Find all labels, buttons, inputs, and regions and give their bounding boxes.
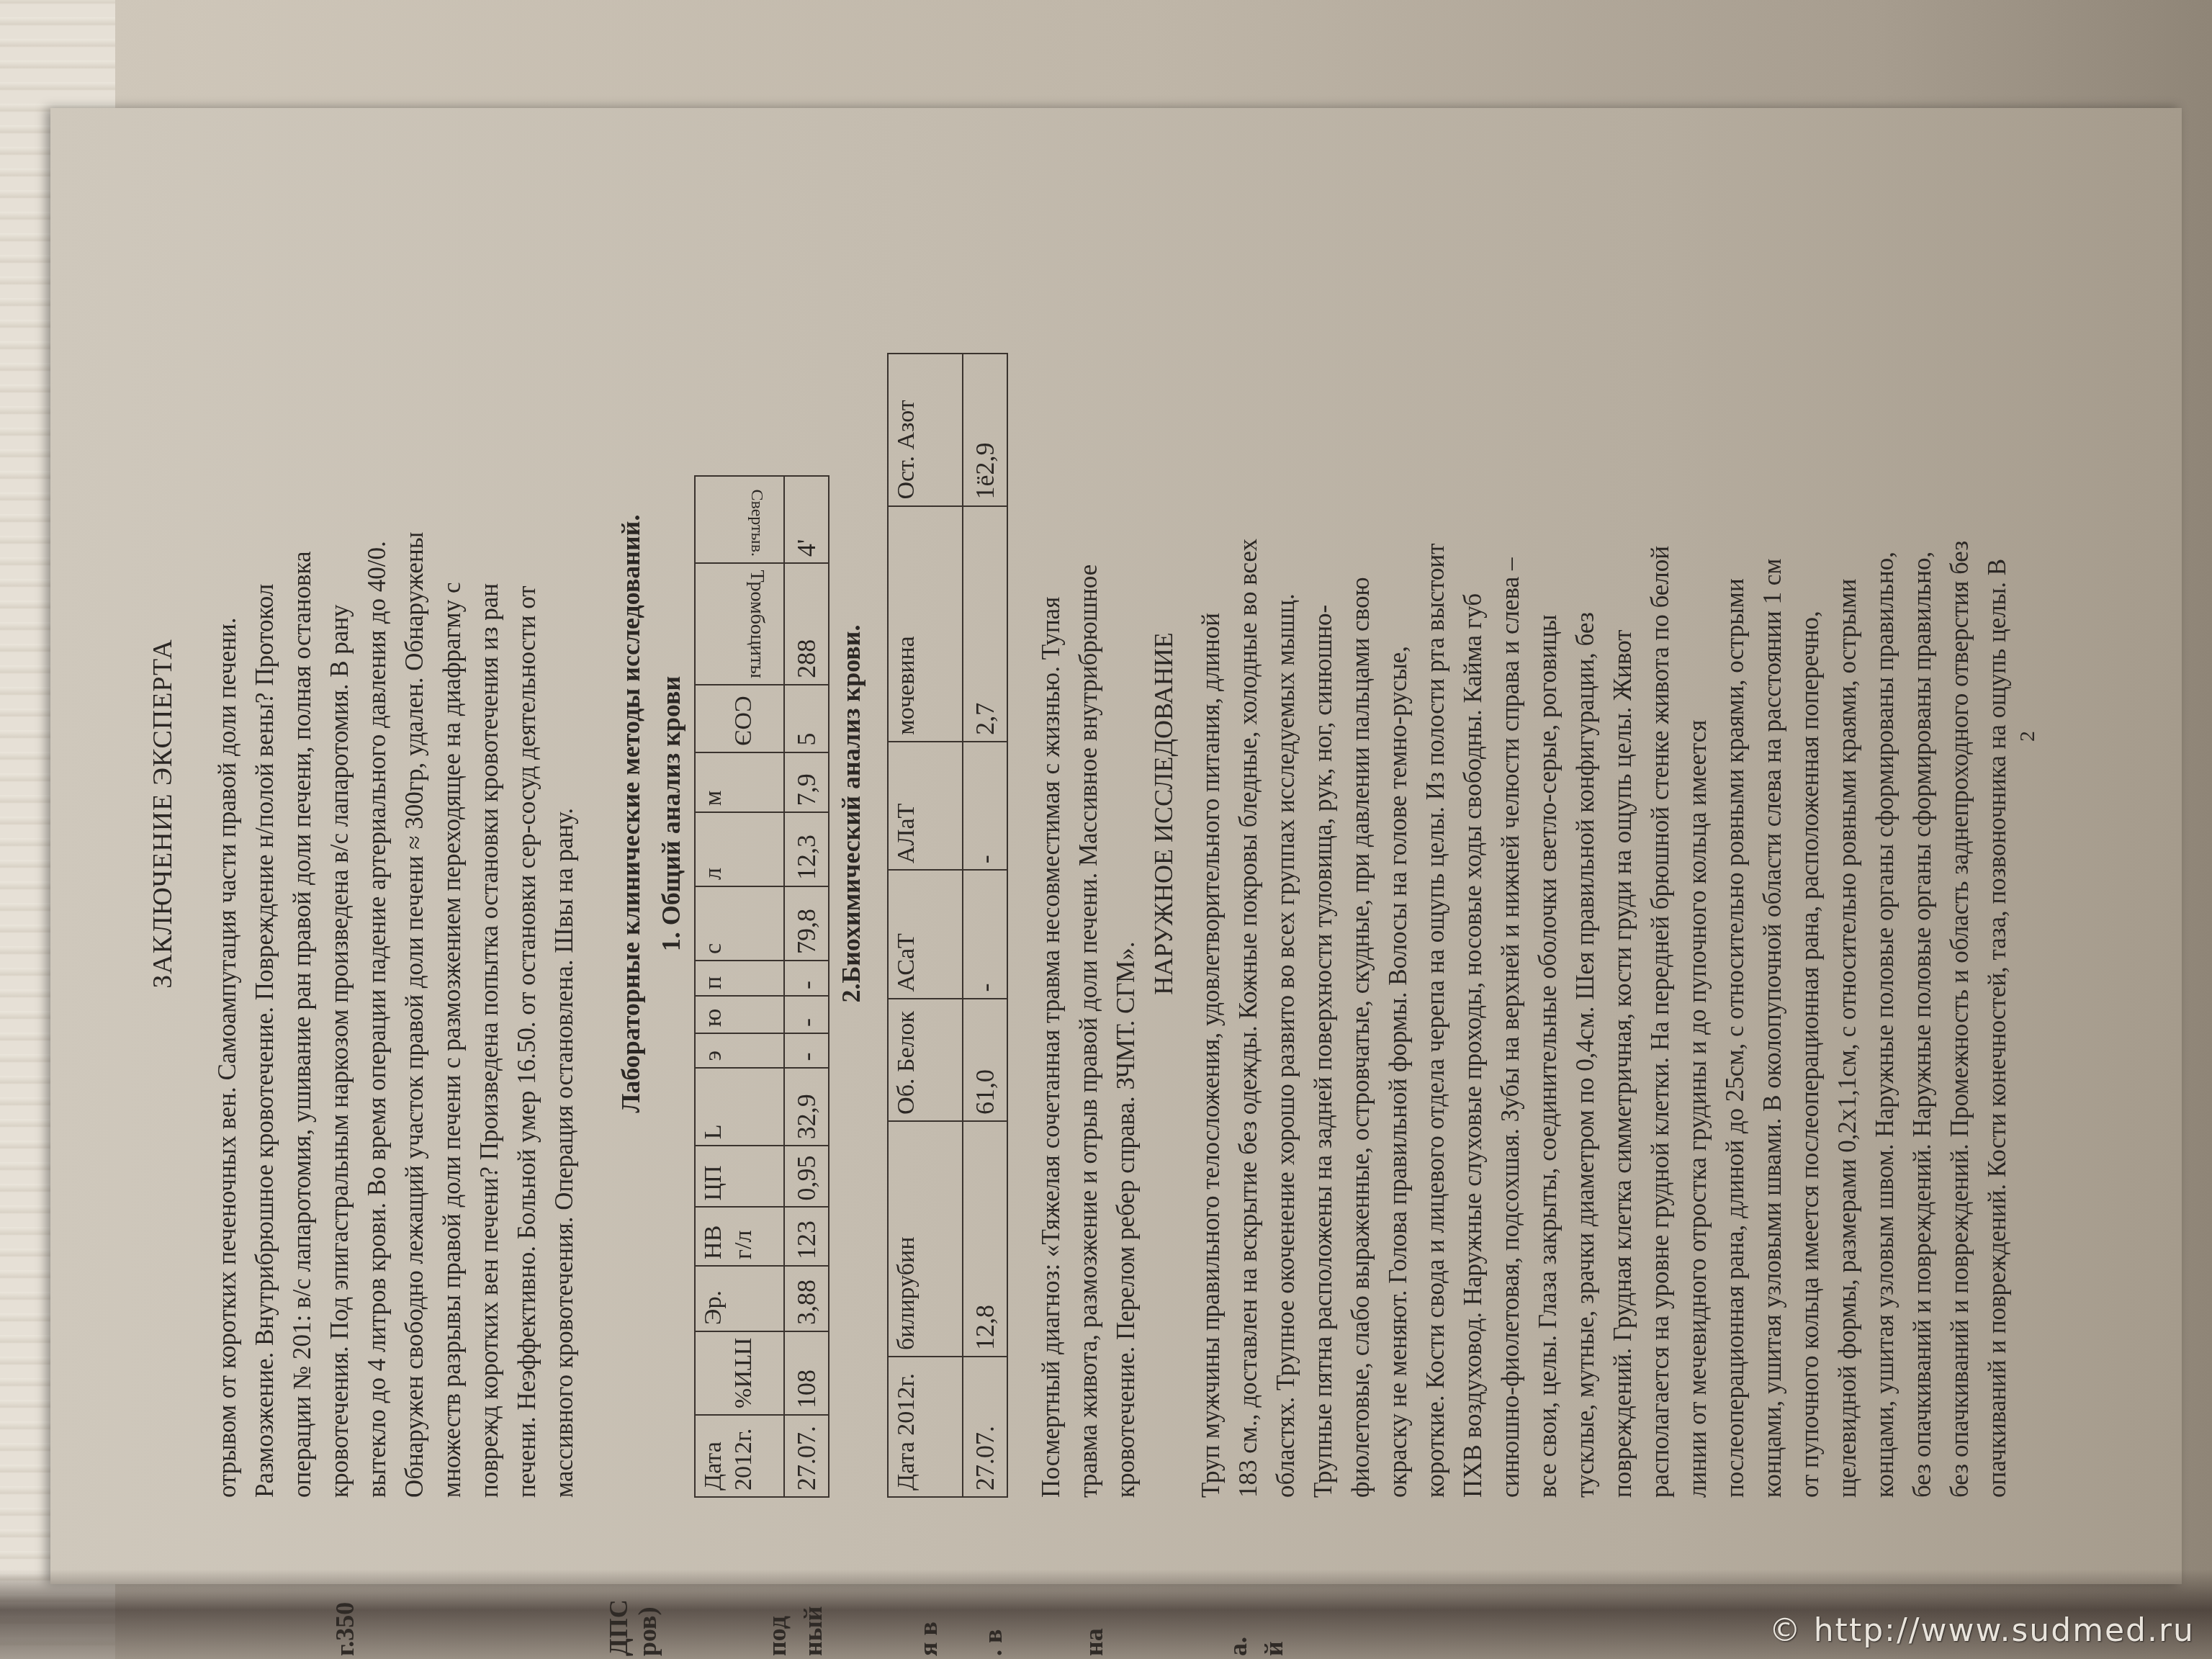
text-line: располагается на уровне грудной клетки. …	[1642, 130, 1679, 1498]
text-line: щелевидной формы, размерами 0,2х1,1см, с…	[1829, 130, 1866, 1498]
text-line: окраску не меняют. Голова правильной фор…	[1380, 130, 1417, 1498]
header-cell: НВ г/л	[695, 1207, 784, 1265]
cell: 288	[784, 563, 829, 685]
table-header-row: Дата 2012г. билирубин Об. Белок АСаТ АЛа…	[888, 354, 963, 1497]
cell: -	[963, 742, 1007, 870]
text-line: от пупочного кольца имеется послеопераци…	[1791, 130, 1829, 1498]
header-cell: ПТИ%	[695, 1331, 784, 1415]
text-line: концами, ушитая узловым швом. Наружные п…	[1866, 130, 1904, 1498]
text-line: областях. Трупное окоченение хорошо разв…	[1267, 130, 1305, 1498]
cbc-title: 1. Общий анализ крови	[652, 130, 690, 1498]
fragment-text: а.	[1223, 1637, 1253, 1656]
text-line: Трупные пятна расположены на задней пове…	[1305, 130, 1342, 1498]
biochem-table: Дата 2012г. билирубин Об. Белок АСаТ АЛа…	[887, 353, 1008, 1498]
cell: 2,7	[963, 506, 1007, 742]
text-line: без опачкиваний и повреждений. Промежнос…	[1941, 130, 1979, 1498]
text-line: кровотечение. Перелом ребер справа. ЗЧМТ…	[1107, 130, 1145, 1498]
cell: 4'	[784, 476, 829, 563]
text-line: операции № 201: в/с лапаротомия, ушивани…	[284, 130, 321, 1498]
watermark-text: © http://www.sudmed.ru	[1769, 1612, 2195, 1649]
fragment-text: под	[762, 1616, 792, 1656]
text-line: печени. Неэффективно. Больной умер 16.50…	[508, 130, 546, 1498]
text-line: ПХВ воздуховод. Наружные слуховые проход…	[1455, 130, 1492, 1498]
text-line: массивного кровотечения. Операция остано…	[546, 130, 583, 1498]
cell: -	[963, 870, 1007, 998]
text-line: линии от мечевидного отростка грудины и …	[1679, 130, 1717, 1498]
cell: -	[784, 1033, 829, 1068]
document-title: ЗАКЛЮЧЕНИЕ ЭКСПЕРТА	[144, 130, 181, 1498]
header-cell: ЦП	[695, 1146, 784, 1207]
header-cell: АЛаТ	[888, 742, 963, 870]
text-line: травма живота, размозжение и отрыв право…	[1070, 130, 1107, 1498]
cell: 1ё2,9	[963, 354, 1007, 506]
header-cell: Дата 2012г.	[695, 1415, 784, 1497]
header-cell-text: СОЭ	[727, 696, 757, 746]
diagnosis-paragraph: Посмертный диагноз: «Тяжелая сочетанная …	[1033, 130, 1145, 1498]
header-cell: ю	[695, 996, 784, 1033]
cell: 3,88	[784, 1266, 829, 1331]
header-cell: СОЭ	[695, 685, 784, 752]
cell: 61,0	[963, 999, 1007, 1121]
header-cell-text: Свертыв.	[742, 490, 772, 557]
page-number: 2	[2009, 731, 2046, 742]
text-line: тусклые, мутные, зрачки диаметром по 0,4…	[1567, 130, 1604, 1498]
header-cell-text: ПТИ%	[727, 1338, 757, 1408]
header-cell: п	[695, 961, 784, 996]
header-cell: Об. Белок	[888, 999, 963, 1121]
cell: 12,3	[784, 812, 829, 886]
text-line: Обнаружен свободно лежащий участок право…	[396, 130, 433, 1498]
cell: 123	[784, 1207, 829, 1265]
fragment-text: г.350	[330, 1602, 360, 1656]
header-cell: л	[695, 812, 784, 886]
header-cell: Дата 2012г.	[888, 1357, 963, 1497]
fragment-text: . в	[978, 1629, 1008, 1656]
header-cell: с	[695, 886, 784, 961]
text-line: кровотечения. Под эпигастральным наркозо…	[321, 130, 359, 1498]
text-line: послеоперационная рана, длиной до 25см, …	[1717, 130, 1754, 1498]
fragment-text: ный	[798, 1606, 828, 1656]
header-cell: L	[695, 1068, 784, 1146]
header-cell: Тромбоциты	[695, 563, 784, 685]
text-line: опачкиваний и повреждений. Кости конечно…	[1979, 130, 2016, 1498]
text-line: отрывом от коротких печеночных вен. Само…	[209, 130, 246, 1498]
header-cell: АСаТ	[888, 870, 963, 998]
lab-section-title: Лабораторные клинические методы исследов…	[612, 130, 649, 1498]
cell: 12,8	[963, 1121, 1007, 1357]
text-line: без опачкиваний и повреждений. Наружные …	[1904, 130, 1941, 1498]
cell: 32,9	[784, 1068, 829, 1146]
text-line: поврежд коротких вен печени? Произведена…	[471, 130, 508, 1498]
fragment-text: й	[1259, 1641, 1289, 1656]
previous-page-fragments: г.350 ДПС ров) под ный я в . в на а. й	[360, 1555, 1800, 1656]
cell: 108	[784, 1331, 829, 1415]
fragment-text: на	[1079, 1628, 1109, 1656]
external-exam-paragraph: Труп мужчины правильного телосложения, у…	[1192, 130, 2016, 1498]
cbc-table: Дата 2012г. ПТИ% Эр. НВ г/л ЦП L э ю п с…	[694, 475, 829, 1498]
external-exam-title: НАРУЖНОЕ ИССЛЕДОВАНИЕ	[1145, 130, 1182, 1498]
header-cell: Свертыв.	[695, 476, 784, 563]
text-line: фиолетовые, слабо выраженные, островчаты…	[1342, 130, 1380, 1498]
intro-paragraph: отрывом от коротких печеночных вен. Само…	[209, 130, 583, 1498]
text-line: синюшно-фиолетовая, подсохшая. Зубы на в…	[1492, 130, 1529, 1498]
text-line: Посмертный диагноз: «Тяжелая сочетанная …	[1033, 130, 1070, 1498]
text-line: концами, ушитая узловыми швами. В околоп…	[1754, 130, 1791, 1498]
header-cell: Ост. Азот	[888, 354, 963, 506]
text-line: все свои, целы. Глаза закрыты, соедините…	[1529, 130, 1567, 1498]
text-line: вытекло до 4 литров крови. Во время опер…	[359, 130, 396, 1498]
fragment-text: ДПС	[603, 1599, 634, 1656]
header-cell: м	[695, 752, 784, 813]
cell: 0,95	[784, 1146, 829, 1207]
cell: 79,8	[784, 886, 829, 961]
cell: -	[784, 996, 829, 1033]
table-row: 27.07. 12,8 61,0 - - 2,7 1ё2,9	[963, 354, 1007, 1497]
header-cell-text: Тромбоциты	[742, 570, 772, 678]
text-line: 183 см., доставлен на вскрытие без одежд…	[1230, 130, 1267, 1498]
cell: -	[784, 961, 829, 996]
fragment-text: я в	[913, 1622, 943, 1656]
text-line: Труп мужчины правильного телосложения, у…	[1192, 130, 1230, 1498]
text-line: повреждений. Грудная клетка симметричная…	[1604, 130, 1642, 1498]
text-line: множеств разрывы правой доли печени с ра…	[433, 130, 471, 1498]
document-page: ЗАКЛЮЧЕНИЕ ЭКСПЕРТА отрывом от коротких …	[144, 130, 2045, 1498]
table-header-row: Дата 2012г. ПТИ% Эр. НВ г/л ЦП L э ю п с…	[695, 476, 784, 1497]
table-row: 27.07. 108 3,88 123 0,95 32,9 - - - 79,8…	[784, 476, 829, 1497]
header-cell: э	[695, 1033, 784, 1068]
header-cell: билирубин	[888, 1121, 963, 1357]
text-line: Размозжение. Внутрибрюшное кровотечение.…	[246, 130, 284, 1498]
cell: 27.07.	[784, 1415, 829, 1497]
header-cell: мочевина	[888, 506, 963, 742]
cell: 7,9	[784, 752, 829, 813]
text-line: короткие. Кости свода и лицевого отдела …	[1417, 130, 1455, 1498]
cell: 27.07.	[963, 1357, 1007, 1497]
header-cell: Эр.	[695, 1266, 784, 1331]
biochem-title: 2.Биохимический анализ крови.	[832, 130, 870, 1498]
fragment-text: ров)	[632, 1606, 662, 1656]
cell: 5	[784, 685, 829, 752]
